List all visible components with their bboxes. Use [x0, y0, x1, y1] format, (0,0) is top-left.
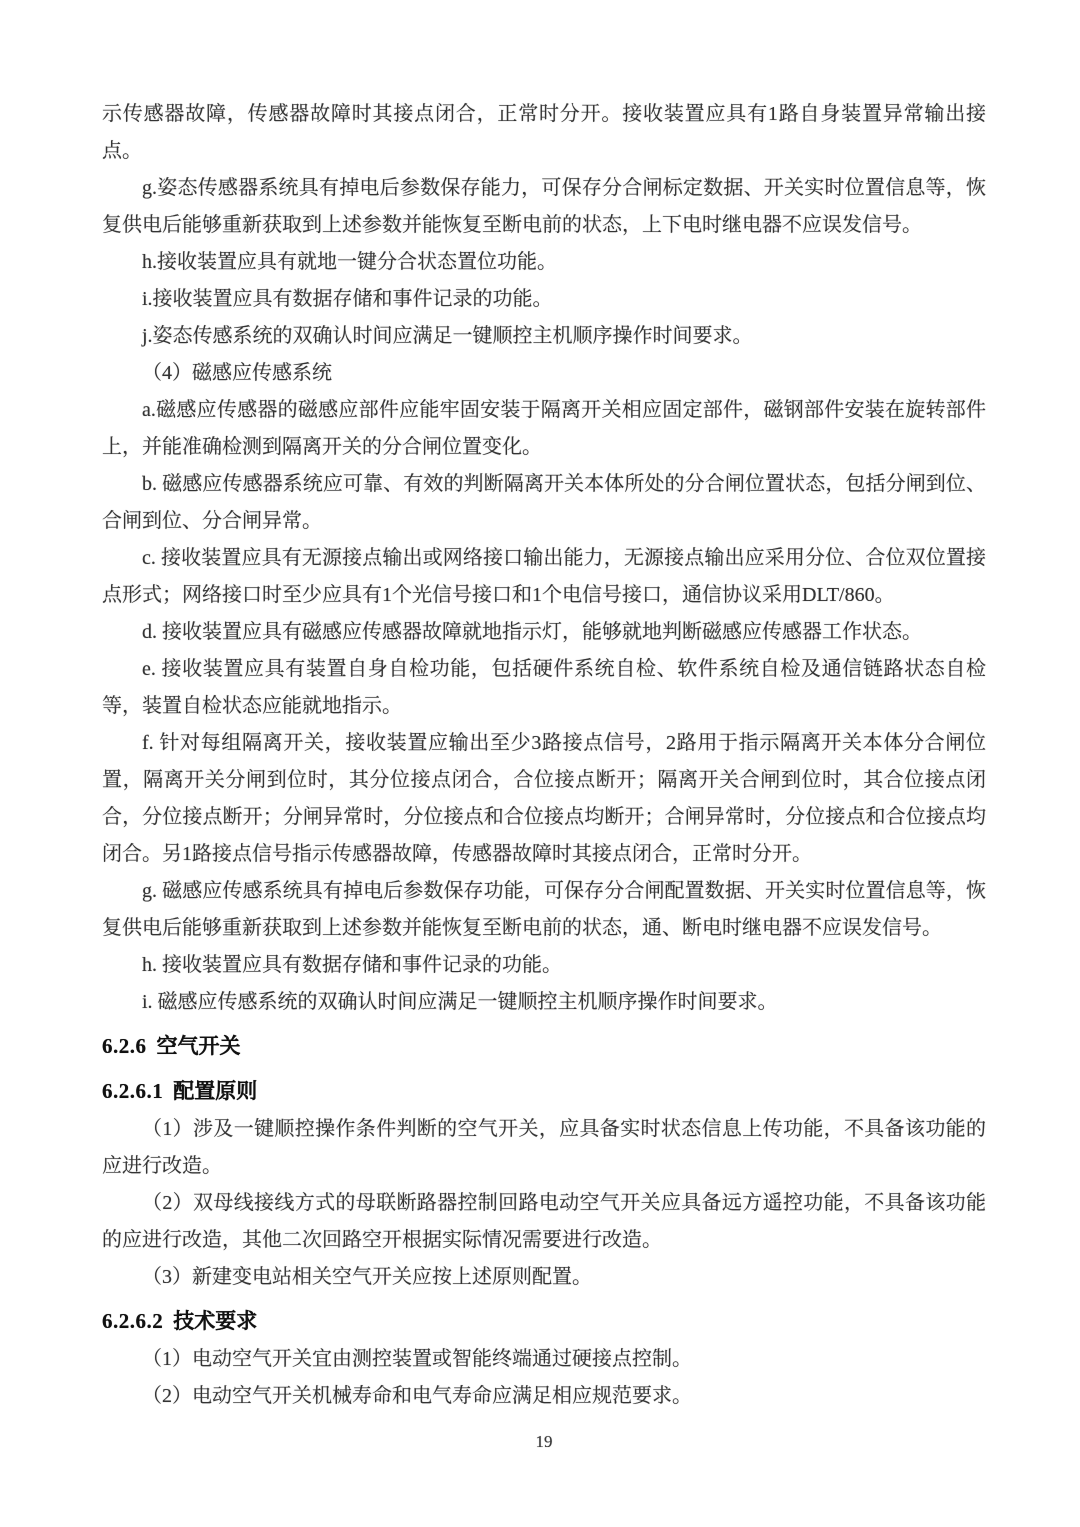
paragraph-item-b-magnetic: b. 磁感应传感器系统应可靠、有效的判断隔离开关本体所处的分合闸位置状态，包括分… — [102, 466, 986, 540]
paragraph-6261-item-3: （3）新建变电站相关空气开关应按上述原则配置。 — [102, 1259, 986, 1296]
paragraph-6261-item-1: （1）涉及一键顺控操作条件判断的空气开关，应具备实时状态信息上传功能，不具备该功… — [102, 1111, 986, 1185]
section-heading-6261: 6.2.6.1配置原则 — [102, 1073, 986, 1111]
paragraph-item-a-magnetic: a.磁感应传感器的磁感应部件应能牢固安装于隔离开关相应固定部件，磁钢部件安装在旋… — [102, 392, 986, 466]
paragraph-item-h-attitude: h.接收装置应具有就地一键分合状态置位功能。 — [102, 244, 986, 281]
paragraph-item-4-magnetic-system: （4）磁感应传感系统 — [102, 355, 986, 392]
paragraph-item-c-magnetic: c. 接收装置应具有无源接点输出或网络接口输出能力，无源接点输出应采用分位、合位… — [102, 540, 986, 614]
section-number: 6.2.6.2 — [102, 1309, 163, 1333]
page-number: 19 — [102, 1423, 986, 1460]
paragraph-item-g-magnetic: g. 磁感应传感系统具有掉电后参数保存功能，可保存分合闸配置数据、开关实时位置信… — [102, 873, 986, 947]
paragraph-6262-item-1: （1）电动空气开关宜由测控装置或智能终端通过硬接点控制。 — [102, 1341, 986, 1378]
paragraph-item-h-magnetic: h. 接收装置应具有数据存储和事件记录的功能。 — [102, 947, 986, 984]
section-number: 6.2.6.1 — [102, 1079, 163, 1103]
paragraph-item-d-magnetic: d. 接收装置应具有磁感应传感器故障就地指示灯，能够就地判断磁感应传感器工作状态… — [102, 614, 986, 651]
section-heading-6262: 6.2.6.2技术要求 — [102, 1303, 986, 1341]
paragraph-item-i-attitude: i.接收装置应具有数据存储和事件记录的功能。 — [102, 281, 986, 318]
section-number: 6.2.6 — [102, 1034, 147, 1058]
paragraph-item-j-attitude: j.姿态传感系统的双确认时间应满足一键顺控主机顺序操作时间要求。 — [102, 318, 986, 355]
paragraph-6261-item-2: （2）双母线接线方式的母联断路器控制回路电动空气开关应具备远方遥控功能，不具备该… — [102, 1185, 986, 1259]
paragraph-continuation: 示传感器故障，传感器故障时其接点闭合，正常时分开。接收装置应具有1路自身装置异常… — [102, 96, 986, 170]
paragraph-item-f-magnetic: f. 针对每组隔离开关，接收装置应输出至少3路接点信号，2路用于指示隔离开关本体… — [102, 725, 986, 873]
paragraph-6262-item-2: （2）电动空气开关机械寿命和电气寿命应满足相应规范要求。 — [102, 1378, 986, 1415]
paragraph-item-i-magnetic: i. 磁感应传感系统的双确认时间应满足一键顺控主机顺序操作时间要求。 — [102, 984, 986, 1021]
document-page: 示传感器故障，传感器故障时其接点闭合，正常时分开。接收装置应具有1路自身装置异常… — [0, 0, 1080, 1527]
section-title: 配置原则 — [173, 1080, 257, 1103]
section-title: 空气开关 — [157, 1035, 241, 1058]
section-title: 技术要求 — [173, 1310, 257, 1333]
paragraph-item-g-attitude: g.姿态传感器系统具有掉电后参数保存能力，可保存分合闸标定数据、开关实时位置信息… — [102, 170, 986, 244]
section-heading-626: 6.2.6空气开关 — [102, 1028, 986, 1066]
document-body: 示传感器故障，传感器故障时其接点闭合，正常时分开。接收装置应具有1路自身装置异常… — [102, 96, 986, 1460]
paragraph-item-e-magnetic: e. 接收装置应具有装置自身自检功能，包括硬件系统自检、软件系统自检及通信链路状… — [102, 651, 986, 725]
